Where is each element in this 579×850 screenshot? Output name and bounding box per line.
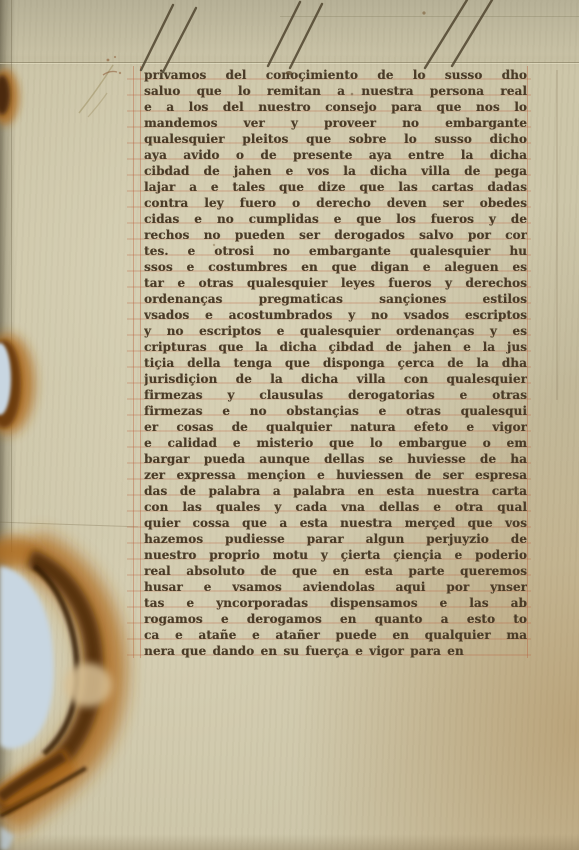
manuscript-text-block: privamos del conoçimiento de lo susso dh… — [127, 66, 531, 660]
horizontal-crease-faint — [280, 16, 579, 17]
manuscript-line: mandemos ver y proveer no embargante — [144, 115, 527, 131]
manuscript-line: tiçia della tenga que disponga çerca de … — [144, 355, 527, 371]
manuscript-line: ssos e costumbres en que digan e aleguen… — [144, 259, 527, 275]
manuscript-line: jurisdiçion de la dicha villa con quales… — [144, 371, 527, 387]
margin-annotation-scribble — [79, 56, 121, 117]
manuscript-line: tar e otras qualesquier leyes fueros y d… — [144, 275, 527, 291]
manuscript-line: rogamos e derogamos en quanto a esto to — [144, 611, 527, 627]
manuscript-line: rechos no pueden ser derogados salvo por… — [144, 227, 527, 243]
manuscript-line: con las quales y cada vna dellas e otra … — [144, 499, 527, 515]
manuscript-line: aya avido o de presente aya entre la dic… — [144, 147, 527, 163]
manuscript-line: vsados e acostumbrados y no vsados escri… — [144, 307, 527, 323]
manuscript-line: ordenanças pregmaticas sançiones estilos — [144, 291, 527, 307]
horizontal-crease-top — [0, 62, 579, 63]
manuscript-line: tas e yncorporadas dispensamos e las ab — [144, 595, 527, 611]
vertical-fold-left-edge — [11, 0, 12, 552]
manuscript-page: privamos del conoçimiento de lo susso dh… — [0, 0, 579, 850]
manuscript-line: privamos del conoçimiento de lo susso dh… — [144, 67, 527, 83]
manuscript-line: firmezas e no obstançias e otras qualesq… — [144, 403, 527, 419]
manuscript-line: hazemos pudiesse parar algun perjuyzio d… — [144, 531, 527, 547]
manuscript-line: husar e vsamos aviendolas aqui por ynser — [144, 579, 527, 595]
burn-hole-bottom-left — [0, 536, 112, 850]
slash-mark — [163, 8, 196, 72]
manuscript-line: cidas e no cumplidas e que los fueros y … — [144, 211, 527, 227]
slash-mark — [425, 0, 467, 68]
burn-spot-upper-left — [0, 69, 19, 125]
manuscript-line: saluo que lo remitan a nuestra persona r… — [144, 83, 527, 99]
slash-mark — [268, 2, 300, 66]
manuscript-line: qualesquier pleitos que sobre lo susso d… — [144, 131, 527, 147]
manuscript-line: bargar pueda aunque dellas se huviesse d… — [144, 451, 527, 467]
manuscript-line: real absoluto de que en esta parte quere… — [144, 563, 527, 579]
manuscript-line: e a los del nuestro consejo para que nos… — [144, 99, 527, 115]
manuscript-line: y no escriptos e qualesquier ordenanças … — [144, 323, 527, 339]
text-lines: privamos del conoçimiento de lo susso dh… — [127, 66, 531, 660]
manuscript-line: das de palabra a palabra en esta nuestra… — [144, 483, 527, 499]
manuscript-line: zer expressa mençion e huviessen de ser … — [144, 467, 527, 483]
slash-mark — [290, 4, 322, 68]
vertical-crease-right — [556, 70, 558, 400]
manuscript-line: firmezas y clausulas derogatorias e otra… — [144, 387, 527, 403]
manuscript-line: nera que dando en su fuerça e vigor para… — [144, 643, 527, 659]
manuscript-line: cripturas que la dicha çibdad de jahen e… — [144, 339, 527, 355]
slash-mark — [452, 0, 492, 66]
slash-mark — [141, 5, 173, 70]
horizontal-fold-left — [0, 522, 138, 528]
manuscript-line: nuestro proprio motu y çierta çiençia e … — [144, 547, 527, 563]
manuscript-line: ca e atañe e atañer puede en qualquier m… — [144, 627, 527, 643]
manuscript-line: contra ley fuero o derecho deven ser obe… — [144, 195, 527, 211]
manuscript-line: er cosas de qualquier natura efeto e vig… — [144, 419, 527, 435]
tally-slash-marks — [141, 0, 492, 72]
burn-hole-mid-left — [0, 334, 34, 434]
manuscript-line: quier cossa que a esta nuestra merçed qu… — [144, 515, 527, 531]
manuscript-line: cibdad de jahen e vos la dicha villa de … — [144, 163, 527, 179]
manuscript-line: tes. e otrosi no embargante qualesquier … — [144, 243, 527, 259]
manuscript-line: lajar a e tales que dize que las cartas … — [144, 179, 527, 195]
manuscript-line: e calidad e misterio que lo embargue o e… — [144, 435, 527, 451]
